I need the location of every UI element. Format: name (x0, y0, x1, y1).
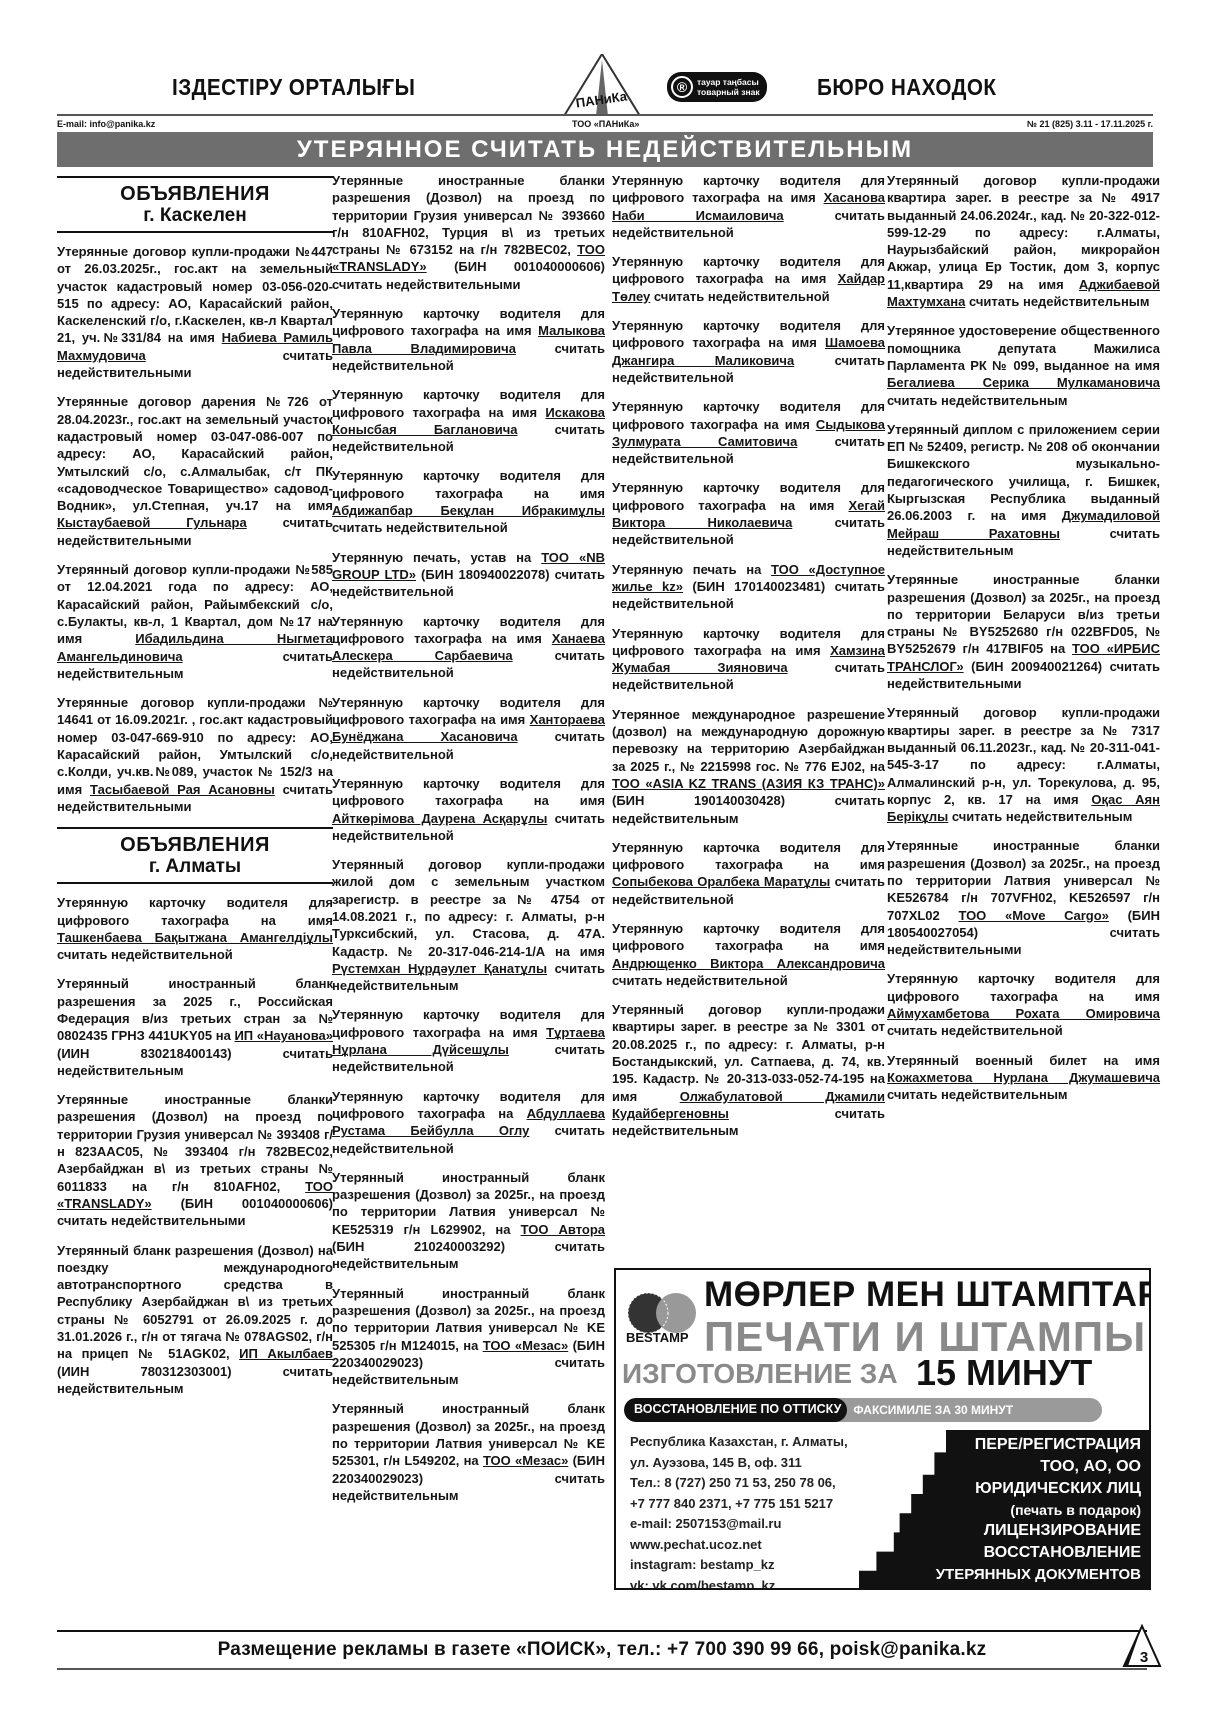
announcement-status: считать недействительной (650, 289, 829, 304)
service-registration: ПЕРЕ/РЕГИСТРАЦИЯ (975, 1436, 1141, 1454)
announcement: Утерянную карточку водителя для цифровог… (57, 894, 333, 963)
announcement: Утерянный бланк разрешения (Дозвол) на п… (57, 1242, 333, 1398)
footer-advertising[interactable]: Размещение рекламы в газете «ПОИСК», тел… (57, 1630, 1147, 1670)
announcement-text: Утерянную карточку водителя для цифровог… (57, 895, 333, 927)
announcement-text: Утерянную карточка водителя для цифровог… (612, 840, 885, 872)
announcement: Утерянный диплом с приложением серии ЕП … (887, 421, 1160, 559)
announcement-text: Утерянные иностранные бланки разрешения … (57, 1092, 333, 1193)
announcement-status: считать недействительным (948, 809, 1132, 824)
announcement: Утерянную карточку водителя для цифровог… (332, 386, 605, 455)
announcement-text: Утерянную карточку водителя для цифровог… (332, 776, 605, 808)
section-city: г. Каскелен (57, 205, 333, 227)
announcement-owner-name: ТОО «Мезас» (483, 1338, 569, 1353)
announcement-owner-name: ТОО Автора (521, 1222, 605, 1237)
announcement-text: Утерянный договор купли-продажи жилой до… (332, 857, 605, 958)
issue-number: № 21 (825) 3.11 - 17.11.2025 г. (1027, 119, 1153, 129)
panika-logo-icon: ПАНиКа (562, 54, 642, 116)
announcement: Утерянное международное разрешение (дозв… (612, 706, 885, 827)
registered-icon: ® (671, 76, 693, 98)
contact-email[interactable]: e-mail: 2507153@mail.ru (630, 1514, 848, 1535)
announcement: Утерянную карточку водителя для цифровог… (612, 317, 885, 386)
announcement: Утерянный иностранный бланк разрешения (… (332, 1285, 605, 1389)
announcement: Утерянный военный билет на имя Кожахмето… (887, 1052, 1160, 1104)
contact-address-2: ул. Ауэзова, 145 В, оф. 311 (630, 1453, 848, 1474)
announcement-text: Утерянное удостоверение общественного по… (887, 323, 1160, 373)
announcement-status: считать недействительным (887, 393, 1068, 408)
promo-headline-kz: МӨРЛЕР МЕН ШТАМПТАР (704, 1275, 1151, 1315)
contact-instagram[interactable]: instagram: bestamp_kz (630, 1555, 848, 1576)
announcement: Утерянную карточку водителя для цифровог… (332, 467, 605, 536)
service-gift: (печать в подарок) (1010, 1502, 1141, 1518)
announcement: Утерянную карточку водителя для цифровог… (332, 694, 605, 763)
service-restore: ВОССТАНОВЛЕНИЕ (984, 1544, 1141, 1562)
announcement: Утерянную карточку водителя для цифровог… (612, 172, 885, 241)
announcement-owner-name: Бегалиева Серика Мулкамановича (887, 375, 1160, 390)
announcement: Утерянную карточку водителя для цифровог… (332, 305, 605, 374)
announcement-owner-name: Ташкенбаева Бақытжана Амангелдіұлы (57, 930, 333, 945)
announcement: Утерянную карточку водителя для цифровог… (332, 775, 605, 844)
announcement-text: Утерянную карточку водителя для цифровог… (612, 921, 885, 953)
announcement: Утерянные договор купли-продажи № 14641 … (57, 694, 333, 815)
contact-phone-2[interactable]: +7 777 840 2371, +7 775 151 5217 (630, 1494, 848, 1515)
announcement-owner-name: Кожахметова Нурлана Джумашевича (887, 1070, 1160, 1085)
announcement-owner-name: ИП Акылбаев (239, 1346, 333, 1361)
announcement-owner-name: Андрющенко Виктора Александровича (612, 956, 885, 971)
announcement-status: считать недействительной (57, 947, 233, 962)
announcement-owner-name: Кыстаубаевой Гульнара (57, 515, 247, 530)
restore-label: ВОССТАНОВЛЕНИЕ ПО ОТТИСКУ (624, 1398, 847, 1422)
announcement-status: (ИИН 830218400143) считать недействитель… (57, 1046, 333, 1078)
section-header-almaty: ОБЪЯВЛЕНИЯ г. Алматы (57, 827, 333, 884)
announcement-status: считать недействительным (887, 1087, 1068, 1102)
announcement-owner-name: ТОО «Move Cargo» (958, 908, 1108, 923)
announcement: Утерянную карточку водителя для цифровог… (612, 920, 885, 989)
column-4: Утерянный договор купли-продажи квартира… (887, 172, 1160, 1116)
promo-production-label: ИЗГОТОВЛЕНИЕ ЗА (622, 1358, 898, 1390)
announcement-status: считать недействительной (612, 973, 788, 988)
announcement-status: (БИН 190140030428) считать недействитель… (612, 793, 885, 825)
announcement-owner-name: Абдижапбар Бекұлан Ибракимұлы (332, 503, 605, 518)
promo-pill: ВОССТАНОВЛЕНИЕ ПО ОТТИСКУ ФАКСИМИЛЕ ЗА 3… (624, 1398, 1102, 1422)
announcement-text: Утерянную карточку водителя для цифровог… (612, 480, 885, 512)
masthead-email[interactable]: E-mail: info@panika.kz (57, 119, 155, 129)
trademark-kz: тауар таңбасы (697, 77, 759, 87)
announcement: Утерянную печать, устав на ТОО «NB GROUP… (332, 549, 605, 601)
announcement: Утерянную карточку водителя для цифровог… (612, 398, 885, 467)
announcement: Утерянный иностранный бланк разрешения (… (332, 1169, 605, 1273)
announcement-owner-name: Сопыбекова Оралбека Маратұлы (612, 874, 830, 889)
announcement: Утерянную карточка водителя для цифровог… (612, 839, 885, 908)
announcement-owner-name: ТОО «Мезас» (483, 1453, 568, 1468)
announcement: Утерянный договор купли-продажи квартиры… (612, 1001, 885, 1139)
announcement-owner-name: Айткөрімова Даурена Асқарұлы (332, 811, 547, 826)
announcement-owner-name: ИП «Науанова» (234, 1028, 333, 1043)
svg-text:3: 3 (1140, 1649, 1148, 1666)
announcement-text: Утерянные иностранные бланки разрешения … (332, 173, 605, 257)
announcement: Утерянные иностранные бланки разрешения … (57, 1091, 333, 1229)
column-2: Утерянные иностранные бланки разрешения … (332, 172, 605, 1516)
announcement: Утерянный иностранный бланк разрешения (… (332, 1400, 605, 1504)
contact-website[interactable]: www.pechat.ucoz.net (630, 1535, 848, 1556)
announcement: Утерянную карточку водителя для цифровог… (887, 970, 1160, 1039)
column-3: Утерянную карточку водителя для цифровог… (612, 172, 885, 1152)
section-title: ОБЪЯВЛЕНИЯ (57, 834, 333, 856)
announcement-owner-name: Тасыбаевой Рая Асановны (90, 782, 275, 797)
announcement: Утерянные договор купли-продажи №447 от … (57, 243, 333, 381)
facsimile-label: ФАКСИМИЛЕ ЗА 30 МИНУТ (847, 1398, 1013, 1422)
contact-vk[interactable]: vk: vk.com/bestamp_kz (630, 1576, 848, 1591)
announcement-owner-name: Аймухамбетова Рохата Омировича (887, 1006, 1160, 1021)
announcement: Утерянные иностранные бланки разрешения … (887, 571, 1160, 692)
announcement: Утерянные иностранные бланки разрешения … (332, 172, 605, 293)
masthead-divider (57, 114, 1153, 116)
announcement-text: Утерянный бланк разрешения (Дозвол) на п… (57, 1243, 333, 1362)
section-header-kaskelen: ОБЪЯВЛЕНИЯ г. Каскелен (57, 176, 333, 233)
announcement: Утерянное удостоверение общественного по… (887, 322, 1160, 408)
promo-production-time: 15 МИНУТ (916, 1352, 1092, 1394)
masthead: ІЗДЕСТІРУ ОРТАЛЫҒЫ ПАНиКа ® тауар таңбас… (57, 54, 1153, 132)
brand-name: BESTAMP (626, 1330, 689, 1345)
contact-block: Республика Казахстан, г. Алматы, ул. Ауэ… (630, 1432, 848, 1590)
announcement-text: Утерянный договор купли-продажи квартира… (887, 173, 1160, 292)
announcement: Утерянные договор дарения №726 от 28.04.… (57, 393, 333, 549)
announcement: Утерянную карточку водителя для цифровог… (332, 613, 605, 682)
announcement-status: (БИН 210240003292) считать недействитель… (332, 1239, 605, 1271)
announcement-status: (ИИН 780312303001) считать недействитель… (57, 1364, 333, 1396)
announcement: Утерянный иностранный бланк разрешения з… (57, 975, 333, 1079)
announcement-status: считать недействительной (332, 520, 508, 535)
page-number-badge: 3 (1122, 1624, 1162, 1668)
announcement-text: Утерянную печать на (612, 562, 771, 577)
announcement: Утерянную карточку водителя для цифровог… (612, 625, 885, 694)
masthead-kazakh-title: ІЗДЕСТІРУ ОРТАЛЫҒЫ (172, 74, 415, 101)
trademark-ru: товарный знак (697, 87, 760, 97)
masthead-company: ТОО «ПАНиКа» (572, 119, 639, 129)
announcement-owner-name: Рүстемхан Нұрдәулет Қанатұлы (332, 961, 547, 976)
announcement: Утерянную печать на ТОО «Доступное жилье… (612, 561, 885, 613)
announcement: Утерянный договор купли-продажи жилой до… (332, 856, 605, 994)
announcement-owner-name: ТОО «ASIA KZ TRANS (АЗИЯ КЗ ТРАНС)» (612, 776, 885, 791)
announcement-text: Утерянную печать, устав на (332, 550, 541, 565)
masthead-russian-title: БЮРО НАХОДОК (817, 74, 996, 101)
announcement-status: считать недействительным (965, 294, 1149, 309)
announcement-text: Утерянную карточку водителя для цифровог… (887, 971, 1160, 1003)
announcement: Утерянную карточку водителя для цифровог… (612, 479, 885, 548)
contact-address-1: Республика Казахстан, г. Алматы, (630, 1432, 848, 1453)
service-legal: ЮРИДИЧЕСКИХ ЛИЦ (975, 1480, 1141, 1498)
announcement: Утерянный договор купли-продажи квартиры… (887, 704, 1160, 825)
announcement-text: Утерянные договор дарения №726 от 28.04.… (57, 394, 333, 513)
contact-phone-1[interactable]: Тел.: 8 (727) 250 71 53, 250 78 06, (630, 1473, 848, 1494)
announcement: Утерянный договор купли-продажи №585 от … (57, 561, 333, 682)
column-1: ОБЪЯВЛЕНИЯ г. Каскелен Утерянные договор… (57, 172, 333, 1409)
announcement-text: Утерянное международное разрешение (дозв… (612, 707, 885, 774)
announcement-text: Утерянную карточку водителя для цифровог… (332, 468, 605, 500)
announcement: Утерянные иностранные бланки разрешения … (887, 837, 1160, 958)
announcement-status: считать недействительной (887, 1023, 1063, 1038)
service-lost-docs: УТЕРЯННЫХ ДОКУМЕНТОВ (936, 1566, 1141, 1583)
announcement: Утерянную карточку водителя для цифровог… (332, 1088, 605, 1157)
announcement-text: Утерянный военный билет на имя (887, 1053, 1160, 1068)
bestamp-advertisement[interactable]: BESTAMP МӨРЛЕР МЕН ШТАМПТАР ПЕЧАТИ И ШТА… (614, 1268, 1151, 1590)
section-title: ОБЪЯВЛЕНИЯ (57, 183, 333, 205)
section-banner: УТЕРЯННОЕ СЧИТАТЬ НЕДЕЙСТВИТЕЛЬНЫМ (57, 132, 1153, 167)
section-city: г. Алматы (57, 856, 333, 878)
announcement: Утерянную карточку водителя для цифровог… (612, 253, 885, 305)
service-licensing: ЛИЦЕНЗИРОВАНИЕ (984, 1522, 1141, 1540)
service-entities: ТОО, АО, ОО (1040, 1458, 1141, 1476)
announcement: Утерянный договор купли-продажи квартира… (887, 172, 1160, 310)
announcement: Утерянную карточку водителя для цифровог… (332, 1006, 605, 1075)
trademark-badge: ® тауар таңбасы товарный знак (667, 72, 767, 102)
